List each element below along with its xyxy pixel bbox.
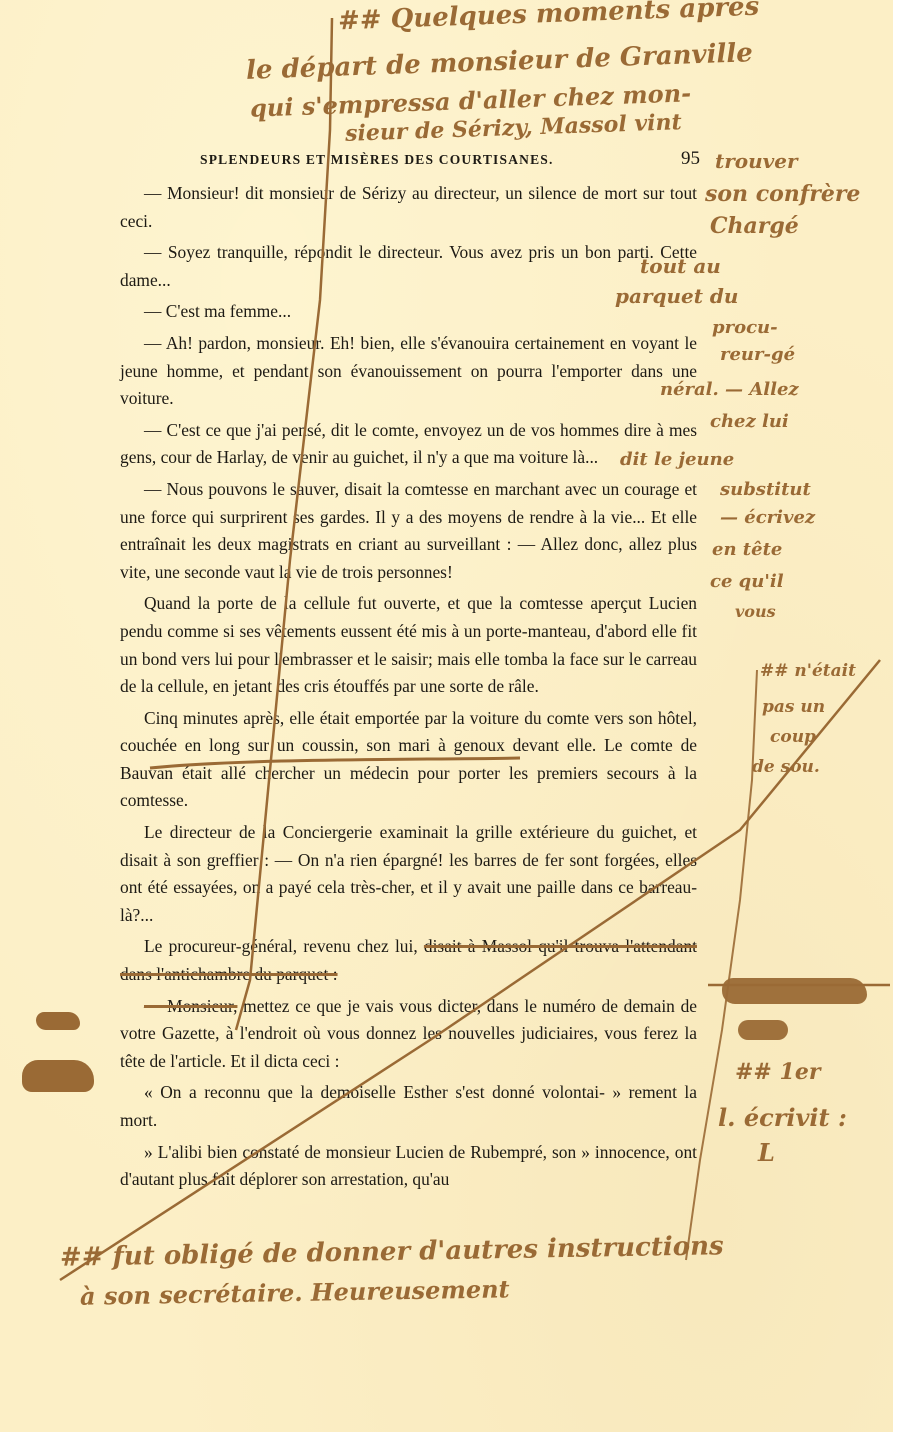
running-head-title: SPLENDEURS ET MISÈRES DES COURTISANES. — [200, 152, 554, 168]
paragraph: — Monsieur! dit monsieur de Sérizy au di… — [120, 180, 697, 235]
handwritten-line: à son secrétaire. Heureusement — [80, 1276, 510, 1310]
handwritten-line: vous — [735, 603, 776, 621]
handwritten-line: néral. — Allez — [660, 380, 799, 400]
paragraph-with-deletion: Le procureur-général, revenu chez lui, d… — [120, 933, 697, 988]
paragraph: — Nous pouvons le sauver, disait la comt… — [120, 476, 697, 586]
ink-blot — [22, 1060, 94, 1092]
ink-deletion-scribble — [722, 978, 867, 1004]
handwritten-line: substitut — [720, 480, 811, 500]
ink-deletion-scribble — [738, 1020, 788, 1040]
handwritten-line: de sou. — [752, 758, 820, 777]
paragraph-text: Le procureur-général, revenu chez lui, — [144, 936, 424, 956]
handwritten-line: trouver — [715, 150, 798, 172]
running-head: SPLENDEURS ET MISÈRES DES COURTISANES. 9… — [200, 148, 700, 170]
handwritten-line: son confrère — [705, 182, 860, 206]
paragraph-with-deletion: — Monsieur, mettez ce que je vais vous d… — [120, 993, 697, 1076]
handwritten-line: dit le jeune — [620, 450, 734, 470]
paragraph: Cinq minutes après, elle était emportée … — [120, 705, 697, 815]
handwritten-line: tout au — [640, 255, 721, 277]
paragraph: — C'est ce que j'ai pensé, dit le comte,… — [120, 417, 697, 472]
struck-text: — Monsieur, — [144, 996, 237, 1016]
handwritten-line: reur-gé — [720, 345, 795, 365]
page-number: 95 — [681, 148, 700, 170]
handwritten-line: procu- — [712, 318, 778, 338]
handwritten-line: l. écrivit : — [718, 1105, 847, 1131]
handwritten-line: ## fut obligé de donner d'autres instruc… — [60, 1232, 724, 1272]
handwritten-line: ce qu'il — [710, 572, 784, 592]
ink-blot — [36, 1012, 80, 1030]
paragraph: Quand la porte de la cellule fut ouverte… — [120, 590, 697, 700]
handwritten-line: ## 1er — [735, 1060, 820, 1084]
paragraph: Le directeur de la Conciergerie examinai… — [120, 819, 697, 929]
handwritten-line: Chargé — [710, 214, 799, 238]
paragraph: — C'est ma femme... — [120, 298, 697, 326]
paragraph-quote: « On a reconnu que la demoiselle Esther … — [120, 1079, 697, 1134]
handwritten-line: coup — [770, 728, 816, 747]
handwritten-line: ## n'était — [760, 662, 856, 681]
paragraph-quote: » L'alibi bien constaté de monsieur Luci… — [120, 1139, 697, 1194]
handwritten-line: pas un — [762, 698, 825, 717]
paragraph: — Soyez tranquille, répondit le directeu… — [120, 239, 697, 294]
handwritten-line: chez lui — [710, 412, 789, 432]
handwritten-line: en tête — [712, 540, 782, 560]
handwritten-line: L — [758, 1140, 775, 1166]
manuscript-page: SPLENDEURS ET MISÈRES DES COURTISANES. 9… — [0, 0, 893, 1432]
paragraph: — Ah! pardon, monsieur. Eh! bien, elle s… — [120, 330, 697, 413]
handwritten-line: ## Quelques moments après — [338, 0, 760, 36]
handwritten-line: parquet du — [615, 285, 738, 307]
printed-body-text: — Monsieur! dit monsieur de Sérizy au di… — [120, 180, 697, 1194]
handwritten-line: — écrivez — [720, 508, 815, 528]
